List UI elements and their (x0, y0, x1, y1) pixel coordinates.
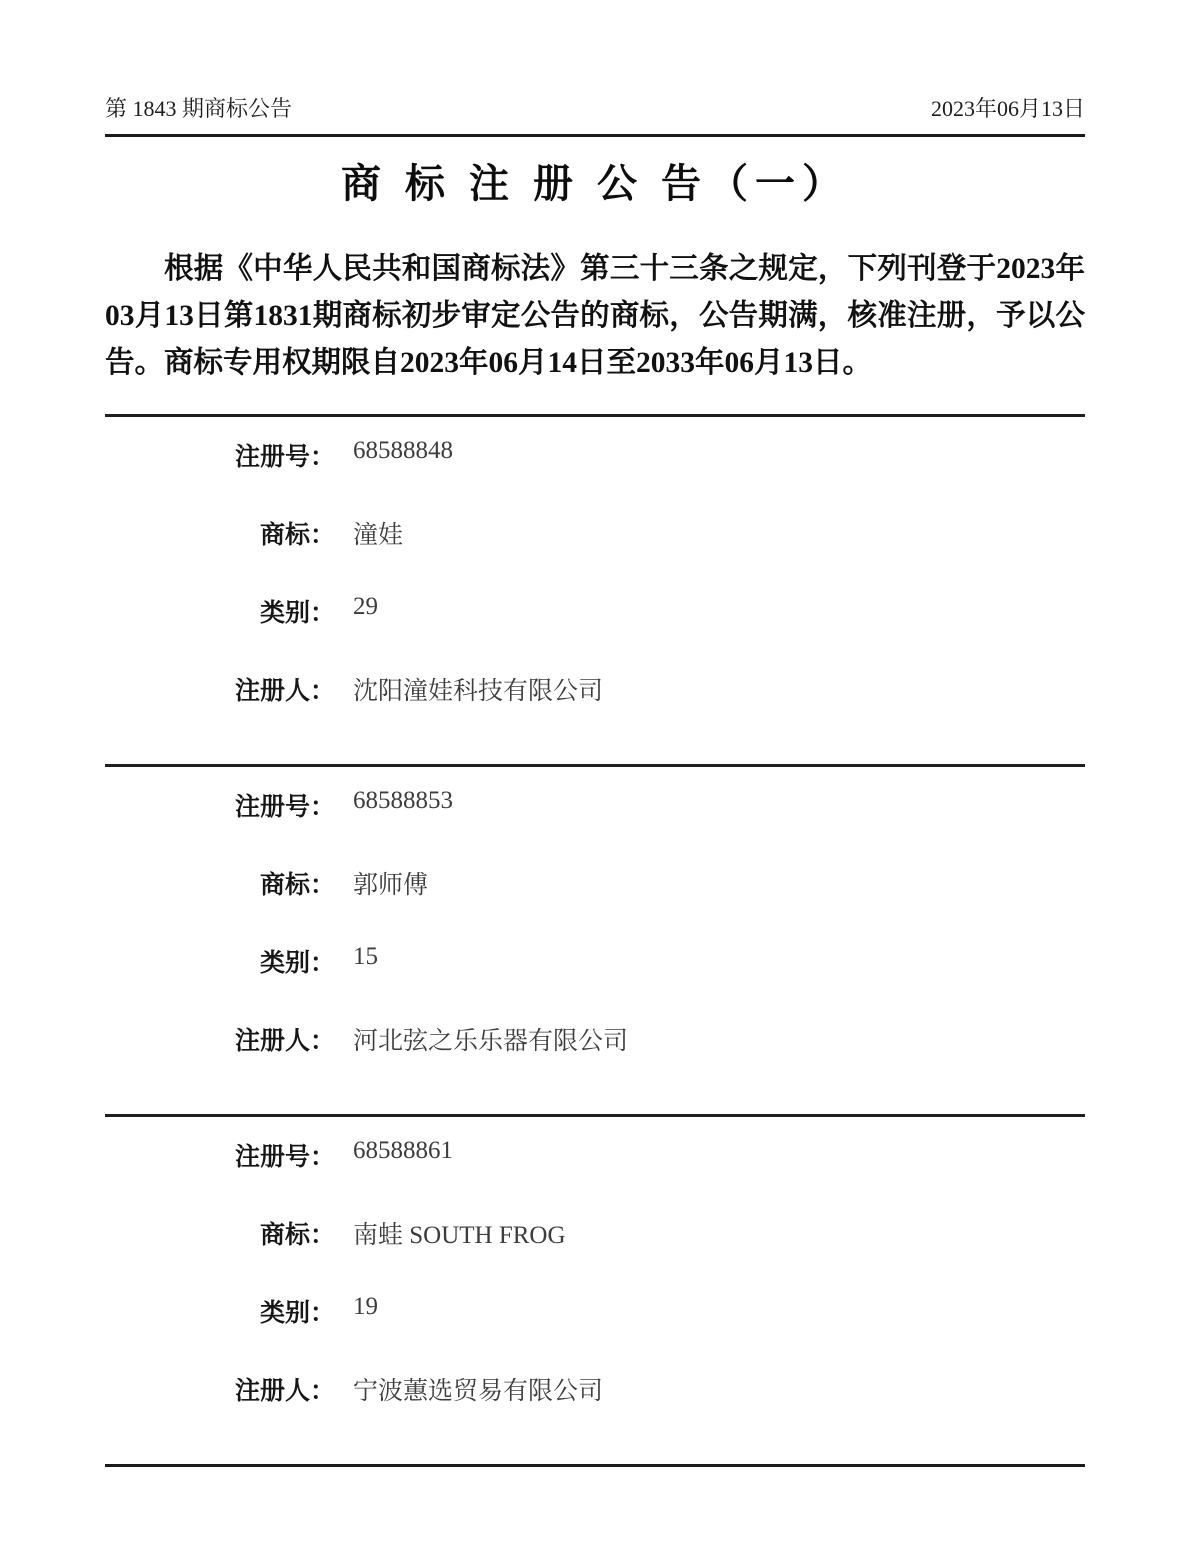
reg-no-value: 68588861 (353, 1137, 1085, 1165)
registrant-label: 注册人： (105, 1021, 335, 1057)
trademark-record: 注册号： 68588861 商标： 南蛙 SOUTH FROG 类别： 19 注… (105, 1114, 1085, 1464)
record-row-registrant: 注册人： 河北弦之乐乐器有限公司 (105, 1021, 1085, 1099)
registrant-value: 河北弦之乐乐器有限公司 (353, 1021, 1085, 1057)
category-label: 类别： (105, 593, 335, 629)
trademark-record: 注册号： 68588848 商标： 潼娃 类别： 29 注册人： 沈阳潼娃科技有… (105, 414, 1085, 764)
header-divider (105, 134, 1085, 137)
intro-paragraph: 根据《中华人民共和国商标法》第三十三条之规定，下列刊登于2023年03月13日第… (105, 246, 1085, 387)
reg-no-label: 注册号： (105, 437, 335, 473)
category-value: 15 (353, 943, 1085, 971)
gazette-date: 2023年06月13日 (931, 92, 1085, 123)
trademark-value: 郭师傅 (353, 865, 1085, 901)
record-row-trademark: 商标： 潼娃 (105, 515, 1085, 593)
record-row-reg-no: 注册号： 68588853 (105, 787, 1085, 865)
bottom-divider (105, 1464, 1085, 1467)
page-title: 商 标 注 册 公 告（一） (105, 152, 1085, 209)
record-row-registrant: 注册人： 沈阳潼娃科技有限公司 (105, 671, 1085, 749)
record-row-category: 类别： 29 (105, 593, 1085, 671)
trademark-value: 南蛙 SOUTH FROG (353, 1215, 1085, 1251)
record-row-category: 类别： 15 (105, 943, 1085, 1021)
registrant-label: 注册人： (105, 1371, 335, 1407)
trademark-records: 注册号： 68588848 商标： 潼娃 类别： 29 注册人： 沈阳潼娃科技有… (105, 414, 1085, 1467)
gazette-issue-number: 第 1843 期商标公告 (105, 92, 292, 123)
page-header: 第 1843 期商标公告 2023年06月13日 (105, 0, 1085, 123)
gazette-page: 第 1843 期商标公告 2023年06月13日 商 标 注 册 公 告（一） … (0, 0, 1190, 1564)
category-label: 类别： (105, 943, 335, 979)
trademark-record: 注册号： 68588853 商标： 郭师傅 类别： 15 注册人： 河北弦之乐乐… (105, 764, 1085, 1114)
record-row-registrant: 注册人： 宁波蕙选贸易有限公司 (105, 1371, 1085, 1449)
record-row-trademark: 商标： 南蛙 SOUTH FROG (105, 1215, 1085, 1293)
registrant-value: 宁波蕙选贸易有限公司 (353, 1371, 1085, 1407)
record-row-trademark: 商标： 郭师傅 (105, 865, 1085, 943)
reg-no-label: 注册号： (105, 787, 335, 823)
reg-no-value: 68588848 (353, 437, 1085, 465)
category-value: 29 (353, 593, 1085, 621)
reg-no-label: 注册号： (105, 1137, 335, 1173)
trademark-label: 商标： (105, 515, 335, 551)
category-label: 类别： (105, 1293, 335, 1329)
registrant-label: 注册人： (105, 671, 335, 707)
record-row-reg-no: 注册号： 68588861 (105, 1137, 1085, 1215)
reg-no-value: 68588853 (353, 787, 1085, 815)
trademark-label: 商标： (105, 865, 335, 901)
registrant-value: 沈阳潼娃科技有限公司 (353, 671, 1085, 707)
trademark-label: 商标： (105, 1215, 335, 1251)
category-value: 19 (353, 1293, 1085, 1321)
record-row-reg-no: 注册号： 68588848 (105, 437, 1085, 515)
trademark-value: 潼娃 (353, 515, 1085, 551)
record-row-category: 类别： 19 (105, 1293, 1085, 1371)
